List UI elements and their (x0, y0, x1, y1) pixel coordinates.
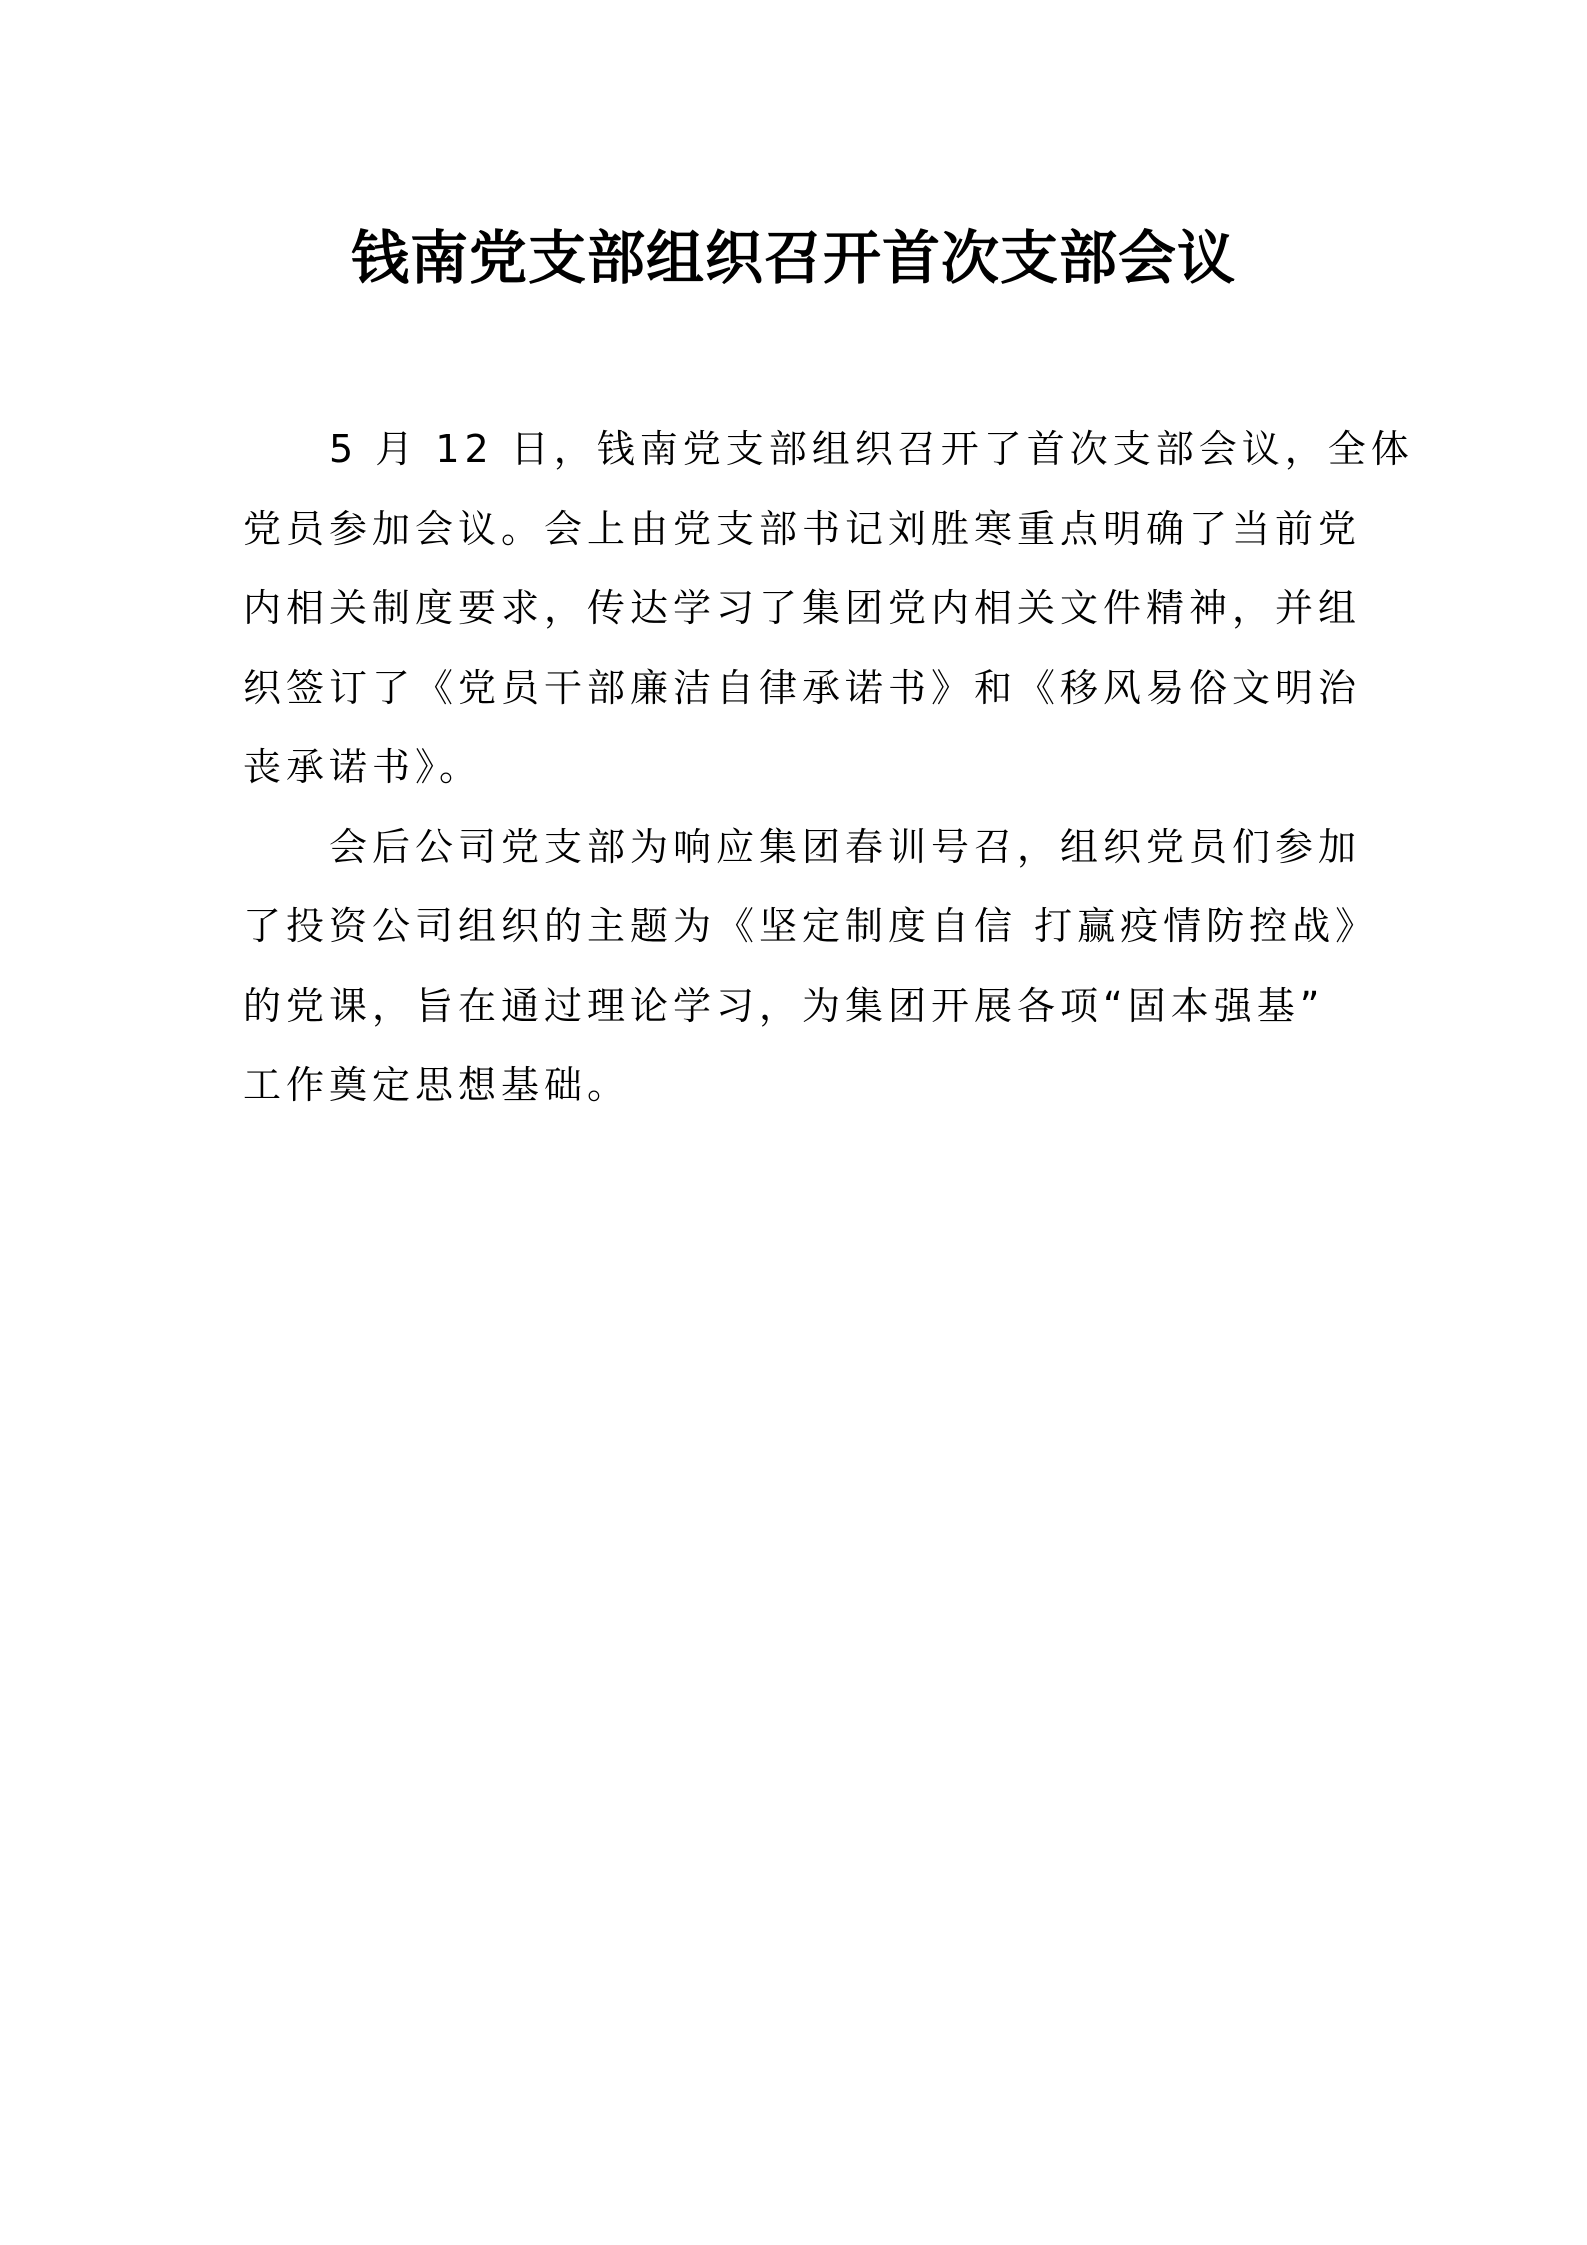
paragraph-line: 内相关制度要求，传达学习了集团党内相关文件精神，并组 (243, 569, 1353, 649)
document-title: 钱南党支部组织召开首次支部会议 (0, 218, 1587, 298)
paragraph-line: 党员参加会议。会上由党支部书记刘胜寒重点明确了当前党 (243, 490, 1353, 570)
paragraph-line: 织签订了《党员干部廉洁自律承诺书》和《移风易俗文明治 (243, 649, 1353, 729)
paragraph-line: 的党课，旨在通过理论学习，为集团开展各项“固本强基” (243, 967, 1353, 1047)
paragraph-line: 丧承诺书》。 (243, 728, 1353, 808)
paragraph-line: 了投资公司组织的主题为《坚定制度自信 打赢疫情防控战》 (243, 887, 1353, 967)
document-body: 5 月 12 日，钱南党支部组织召开了首次支部会议，全体 党员参加会议。会上由党… (243, 410, 1353, 1126)
paragraph-line: 5 月 12 日，钱南党支部组织召开了首次支部会议，全体 (243, 410, 1353, 490)
document-page: 钱南党支部组织召开首次支部会议 5 月 12 日，钱南党支部组织召开了首次支部会… (0, 0, 1587, 2245)
paragraph-2: 会后公司党支部为响应集团春训号召，组织党员们参加 了投资公司组织的主题为《坚定制… (243, 808, 1353, 1126)
paragraph-line: 会后公司党支部为响应集团春训号召，组织党员们参加 (243, 808, 1353, 888)
paragraph-1: 5 月 12 日，钱南党支部组织召开了首次支部会议，全体 党员参加会议。会上由党… (243, 410, 1353, 808)
paragraph-line: 工作奠定思想基础。 (243, 1046, 1353, 1126)
